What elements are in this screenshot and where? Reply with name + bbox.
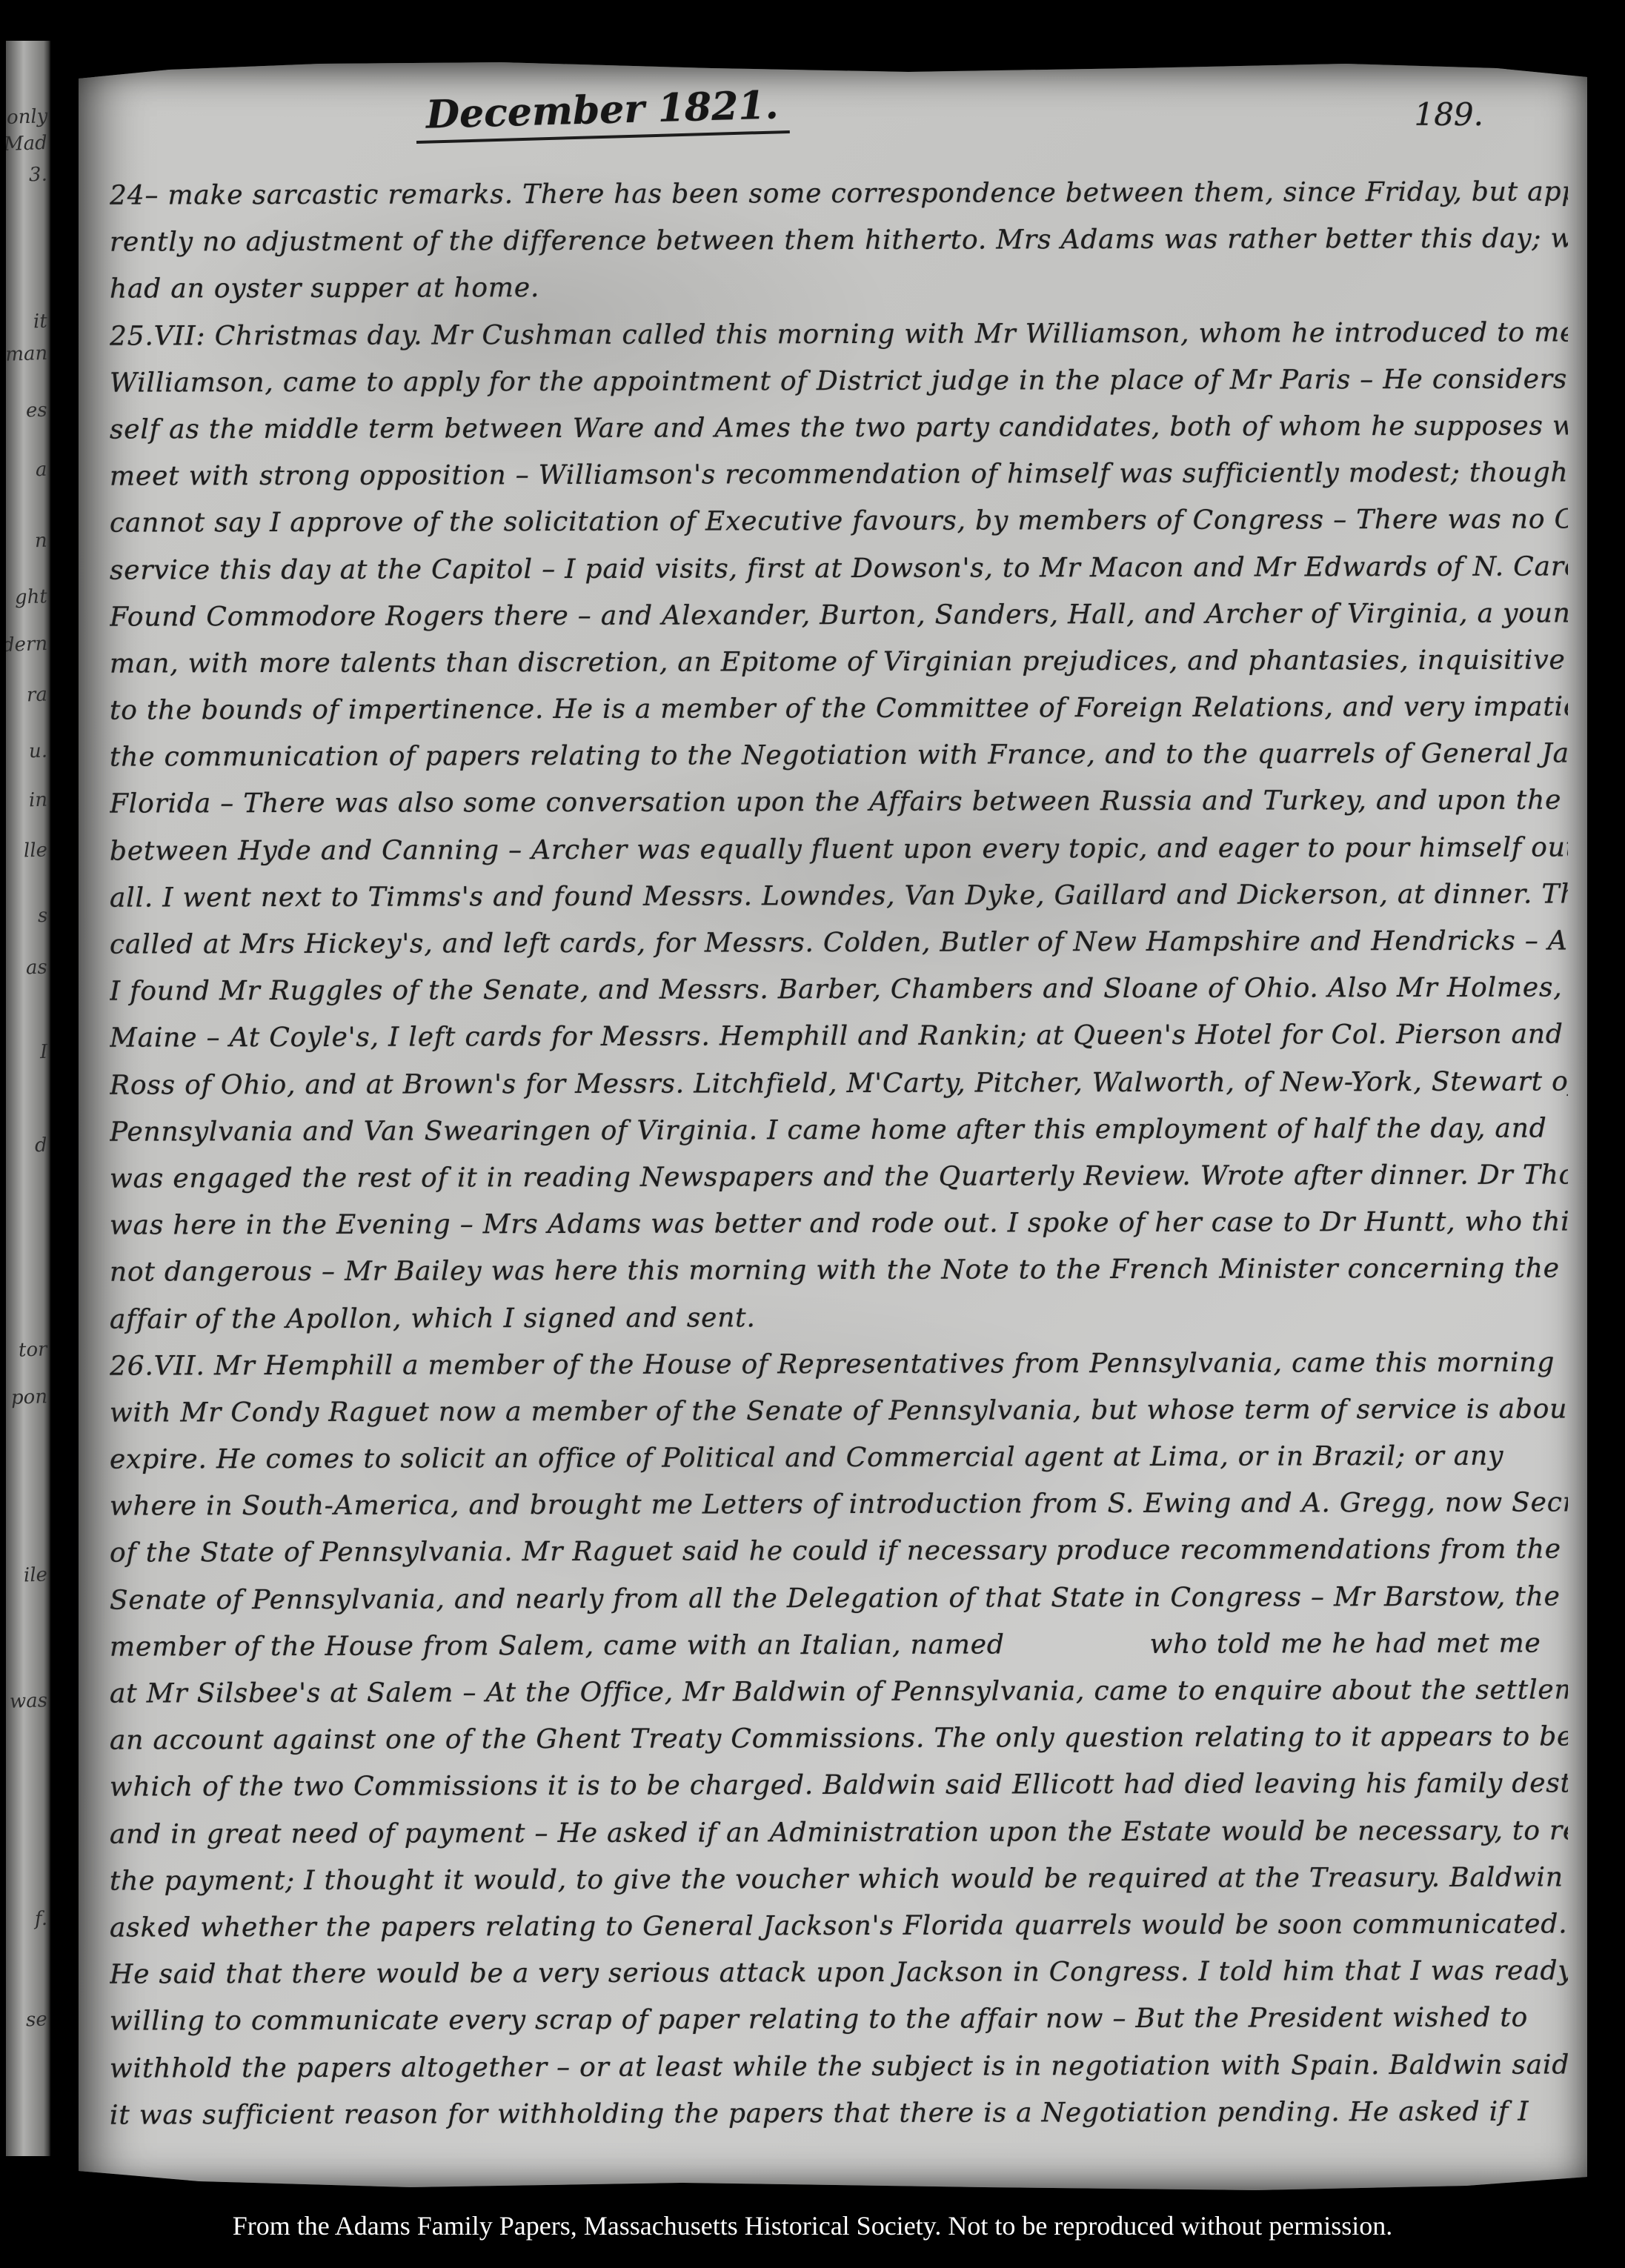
- edge-text-fragment: only: [6, 105, 47, 129]
- manuscript-line: of the State of Pennsylvania. Mr Raguet …: [110, 1526, 1568, 1577]
- manuscript-line: Florida – There was also some conversati…: [110, 777, 1568, 828]
- edge-text-fragment: a: [36, 459, 48, 482]
- manuscript-line: withhold the papers altogether – or at l…: [110, 2041, 1568, 2092]
- manuscript-line: 24– make sarcastic remarks. There has be…: [110, 170, 1568, 219]
- manuscript-line: affair of the Apollon, which I signed an…: [110, 1292, 1568, 1343]
- scanned-manuscript-view: only Mad 3. it lman es a n ght dern ra u…: [0, 0, 1625, 2268]
- manuscript-line: the communication of papers relating to …: [110, 731, 1568, 781]
- manuscript-line: Found Commodore Rogers there – and Alexa…: [110, 590, 1568, 640]
- date-heading: December 1821.: [415, 82, 789, 144]
- manuscript-line: willing to communicate every scrap of pa…: [110, 1995, 1568, 2045]
- edge-text-fragment: lle: [23, 839, 47, 862]
- manuscript-line: was here in the Evening – Mrs Adams was …: [110, 1199, 1568, 1249]
- manuscript-line: Senate of Pennsylvania, and nearly from …: [110, 1573, 1568, 1623]
- page-header: December 1821. 189.: [79, 62, 1587, 170]
- edge-text-fragment: 3.: [29, 164, 48, 187]
- manuscript-line: to the bounds of impertinence. He is a m…: [110, 683, 1568, 734]
- manuscript-line: Williamson, came to apply for the appoin…: [110, 356, 1568, 406]
- archive-caption: From the Adams Family Papers, Massachuse…: [0, 2210, 1625, 2241]
- manuscript-line: between Hyde and Canning – Archer was eq…: [110, 824, 1568, 874]
- manuscript-line: member of the House from Salem, came wit…: [110, 1620, 1568, 1670]
- edge-text-fragment: ra: [27, 684, 48, 707]
- edge-text-fragment: s: [37, 905, 47, 927]
- edge-text-fragment: u.: [28, 740, 47, 763]
- edge-text-fragment: dern: [6, 633, 48, 656]
- manuscript-page: December 1821. 189. 24– make sarcastic r…: [79, 62, 1587, 2190]
- manuscript-line: He said that there would be a very serio…: [110, 1948, 1568, 1998]
- manuscript-line: cannot say I approve of the solicitation…: [110, 496, 1568, 547]
- edge-text-fragment: n: [35, 530, 48, 553]
- page-number: 189.: [1414, 96, 1483, 133]
- manuscript-line: and in great need of payment – He asked …: [110, 1807, 1568, 1858]
- manuscript-line: all. I went next to Timms's and found Me…: [110, 871, 1568, 921]
- manuscript-text-block: 24– make sarcastic remarks. There has be…: [110, 170, 1568, 2177]
- edge-text-fragment: in: [28, 789, 47, 812]
- edge-text-fragment: was: [9, 1689, 47, 1713]
- manuscript-line: an account against one of the Ghent Trea…: [110, 1714, 1568, 1764]
- manuscript-line: self as the middle term between Ware and…: [110, 402, 1568, 453]
- edge-text-fragment: se: [26, 2009, 48, 2032]
- manuscript-line: rently no adjustment of the difference b…: [110, 216, 1568, 266]
- edge-text-fragment: ile: [23, 1563, 47, 1586]
- manuscript-line: expire. He comes to solicit an office of…: [110, 1432, 1568, 1483]
- edge-text-fragment: ght: [15, 585, 48, 609]
- edge-text-fragment: es: [26, 399, 48, 422]
- manuscript-line: 26.VII. Mr Hemphill a member of the Hous…: [110, 1339, 1568, 1389]
- manuscript-line: the payment; I thought it would, to give…: [110, 1854, 1568, 1904]
- edge-text-fragment: pon: [10, 1386, 47, 1409]
- edge-text-fragment: tor: [19, 1338, 48, 1361]
- edge-text-fragment: Mad: [6, 132, 48, 156]
- edge-text-fragment: f.: [35, 1908, 48, 1931]
- manuscript-line: not dangerous – Mr Bailey was here this …: [110, 1246, 1568, 1296]
- manuscript-line: Ross of Ohio, and at Brown's for Messrs.…: [110, 1058, 1568, 1108]
- manuscript-line: man, with more talents than discretion, …: [110, 636, 1568, 687]
- book-gutter-shadow: [49, 0, 80, 2268]
- facing-page-edge: only Mad 3. it lman es a n ght dern ra u…: [6, 41, 50, 2156]
- edge-text-fragment: as: [26, 957, 48, 980]
- manuscript-line: was engaged the rest of it in reading Ne…: [110, 1151, 1568, 1202]
- manuscript-line: called at Mrs Hickey's, and left cards, …: [110, 917, 1568, 968]
- manuscript-line: I found Mr Ruggles of the Senate, and Me…: [110, 965, 1568, 1015]
- manuscript-line: with Mr Condy Raguet now a member of the…: [110, 1386, 1568, 1436]
- manuscript-line: Pennsylvania and Van Swearingen of Virgi…: [110, 1105, 1568, 1155]
- edge-text-fragment: lman: [6, 342, 48, 366]
- manuscript-line: at Mr Silsbee's at Salem – At the Office…: [110, 1666, 1568, 1717]
- manuscript-line: it was sufficient reason for withholding…: [110, 2088, 1568, 2138]
- edge-text-fragment: it: [33, 310, 48, 333]
- edge-text-fragment: d: [35, 1134, 48, 1157]
- manuscript-line: meet with strong opposition – Williamson…: [110, 450, 1568, 500]
- manuscript-line: asked whether the papers relating to Gen…: [110, 1900, 1568, 1951]
- manuscript-line: had an oyster supper at home.: [110, 262, 1568, 313]
- manuscript-line: which of the two Commissions it is to be…: [110, 1760, 1568, 1811]
- edge-text-fragment: I: [39, 1041, 47, 1063]
- manuscript-line: 25.VII: Christmas day. Mr Cushman called…: [110, 309, 1568, 359]
- manuscript-line: service this day at the Capitol – I paid…: [110, 543, 1568, 593]
- manuscript-line: where in South-America, and brought me L…: [110, 1480, 1568, 1530]
- manuscript-line: Maine – At Coyle's, I left cards for Mes…: [110, 1011, 1568, 1062]
